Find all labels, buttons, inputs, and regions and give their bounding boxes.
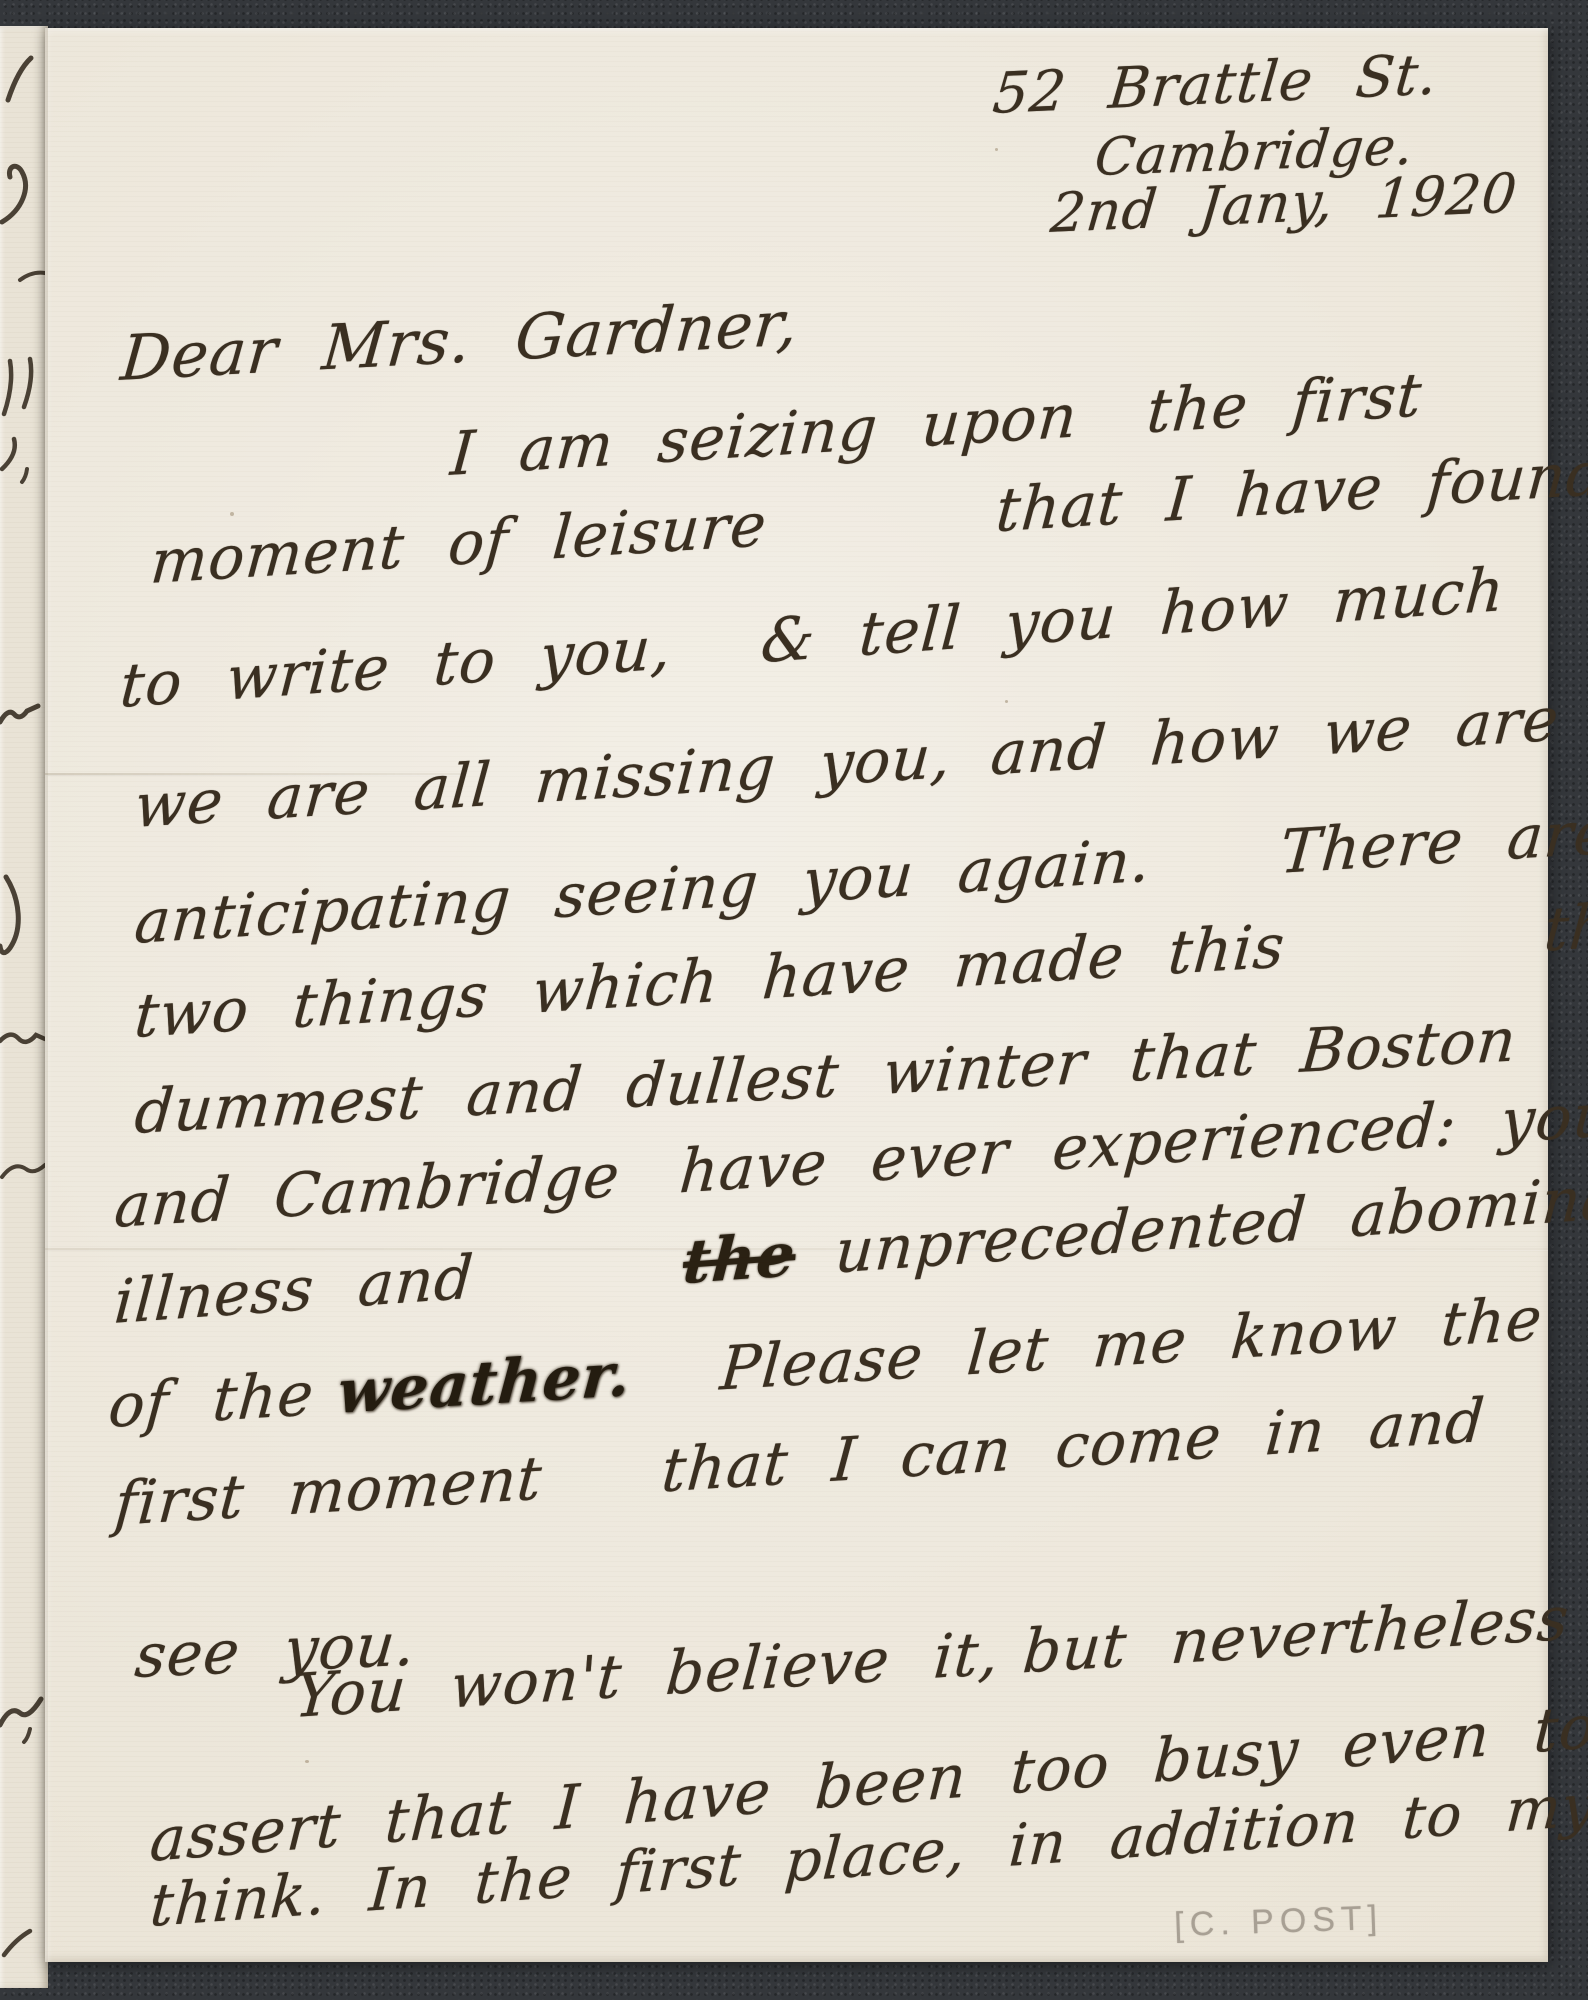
photograph-of-letter: 52 Brattle St. Cambridge. 2nd Jany, 1920…: [0, 0, 1588, 2000]
fold-crease-vertical: [45, 28, 48, 1962]
cut-off-ink-strokes: [0, 26, 48, 1988]
body-text-blotted-weather: weather.: [335, 1340, 633, 1428]
adjacent-page-edge: [0, 26, 48, 1988]
address-street-text: 52 Brattle St.: [990, 42, 1441, 127]
body-text: and how we are: [988, 684, 1561, 789]
salutation-line: Dear Mrs. Gardner,: [118, 286, 802, 395]
paper-speck: [230, 512, 234, 516]
body-text: we are all missing you,: [132, 722, 954, 842]
paper-speck: [305, 1760, 309, 1763]
paper-speck: [1005, 700, 1008, 703]
body-text: but nevertheless: [1020, 1584, 1572, 1688]
annotation-text: [C. POST]: [1174, 1899, 1384, 1944]
body-text: There are: [1278, 797, 1588, 888]
body-text-struck-the: the: [681, 1220, 798, 1298]
paper-speck: [995, 148, 998, 151]
salutation-text: Dear Mrs. Gardner,: [118, 286, 802, 395]
body-text: that I can come in and: [659, 1386, 1488, 1507]
body-text: moment of leisure: [148, 490, 770, 598]
body-text: Please let me know the: [718, 1284, 1545, 1405]
body-text: the: [1542, 889, 1588, 966]
body-text: the first: [1144, 360, 1424, 447]
body-text: I am seizing upon: [448, 381, 1080, 490]
body-text: first moment: [112, 1443, 545, 1540]
body-text: & tell you how much: [759, 555, 1507, 678]
body-text: illness and: [112, 1242, 476, 1338]
pencil-annotation: [C. POST]: [1174, 1899, 1384, 1945]
body-text: to write to you,: [118, 613, 674, 722]
body-text: that I have found: [994, 439, 1588, 547]
body-text: of the: [106, 1359, 317, 1442]
body-text: and Cambridge: [112, 1141, 623, 1242]
letter-page: 52 Brattle St. Cambridge. 2nd Jany, 1920…: [45, 28, 1548, 1962]
header-address-line-1: 52 Brattle St.: [990, 42, 1441, 127]
